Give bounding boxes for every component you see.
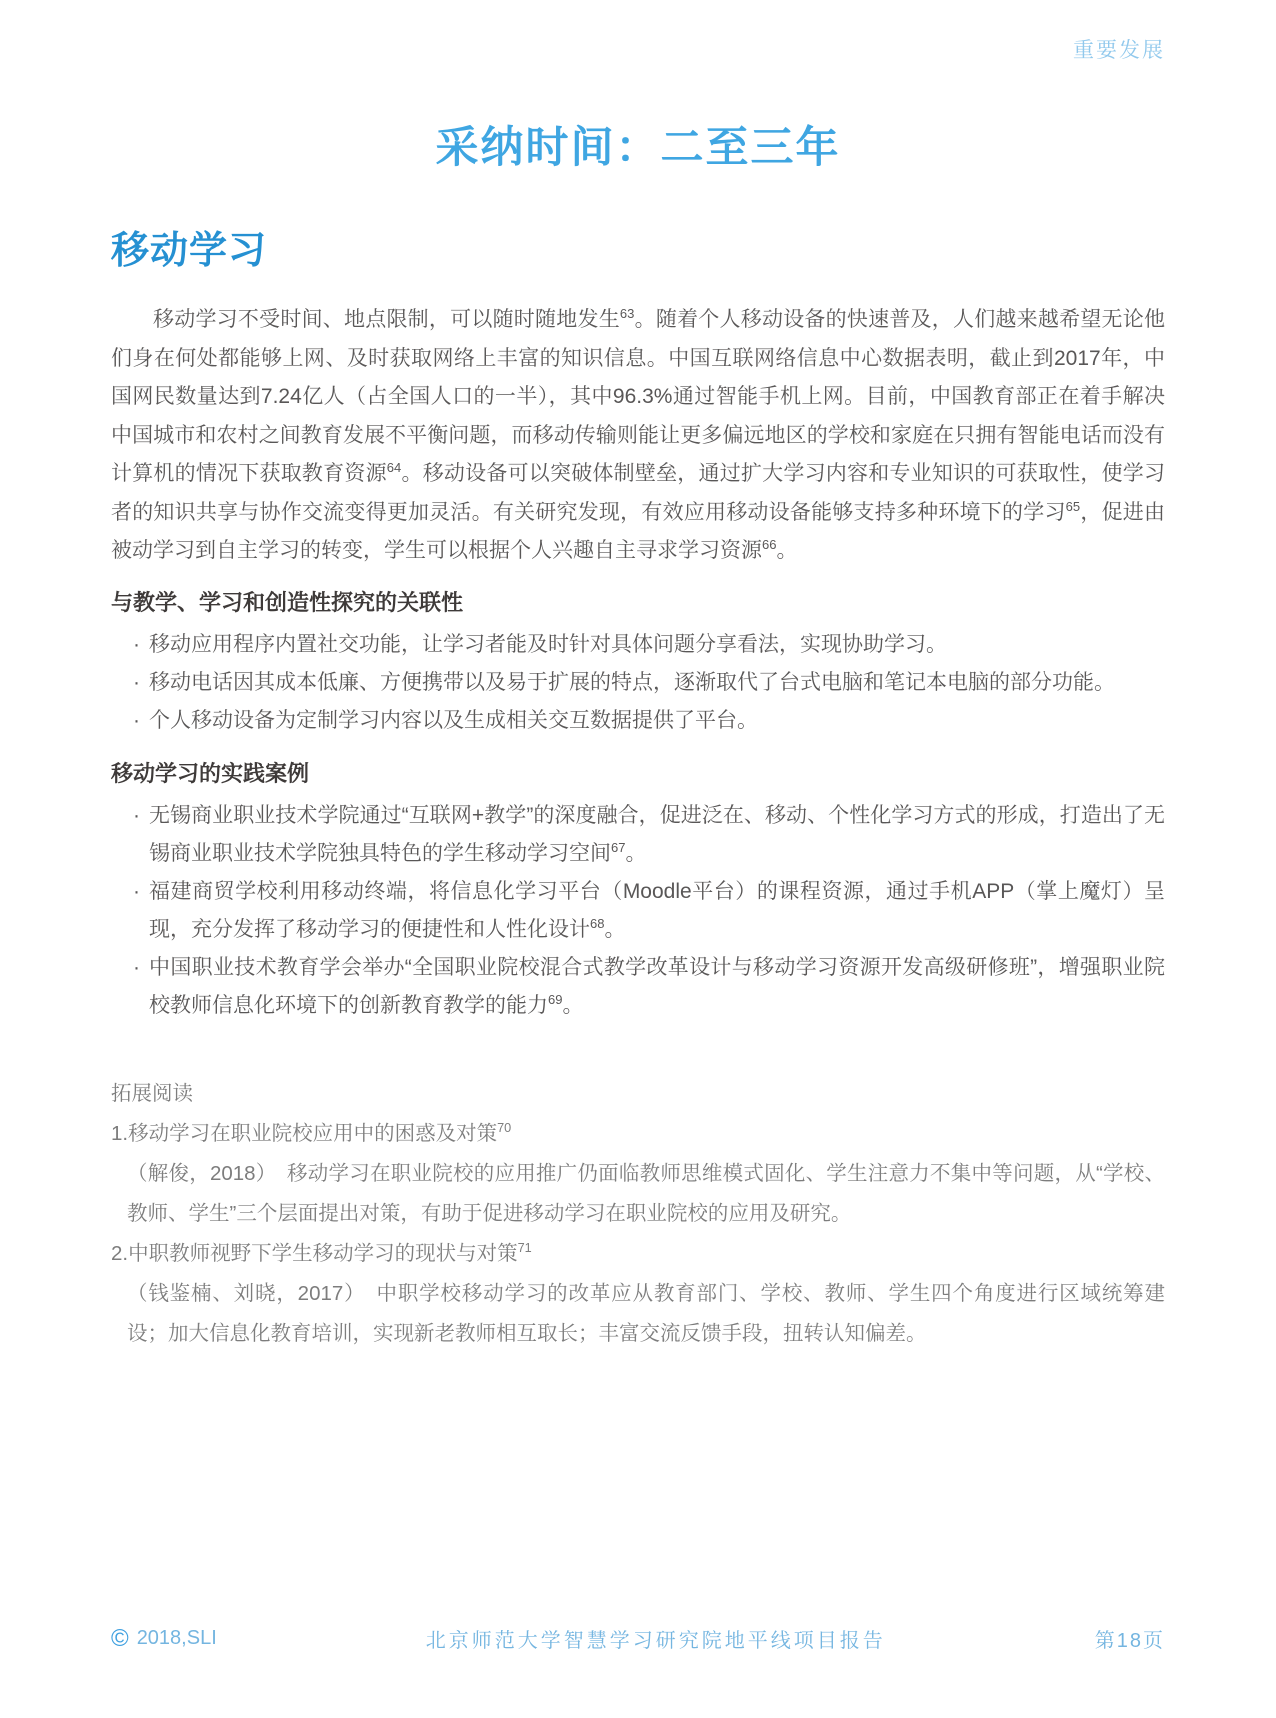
list-item-text: 移动电话因其成本低廉、方便携带以及易于扩展的特点，逐渐取代了台式电脑和笔记本电脑… — [149, 671, 1115, 694]
relevance-heading: 与教学、学习和创造性探究的关联性 — [111, 586, 1165, 620]
relevance-bullet-list: · 移动应用程序内置社交功能，让学习者能及时针对具体问题分享看法，实现协助学习。… — [111, 626, 1165, 740]
extended-reading-item: 2.中职教师视野下学生移动学习的现状与对策71 （钱鉴楠、刘晓，2017） 中职… — [111, 1234, 1165, 1354]
list-item-text: 中国职业技术教育学会举办“全国职业院校混合式教学改革设计与移动学习资源开发高级研… — [149, 956, 1165, 1017]
list-item-text: 移动应用程序内置社交功能，让学习者能及时针对具体问题分享看法，实现协助学习。 — [149, 633, 947, 656]
corner-label: 重要发展 — [111, 0, 1165, 64]
list-item: · 无锡商业职业技术学院通过“互联网+教学”的深度融合，促进泛在、移动、个性化学… — [111, 797, 1165, 873]
bullet-marker: · — [133, 626, 140, 664]
report-page: 重要发展 采纳时间：二至三年 移动学习 移动学习不受时间、地点限制，可以随时随地… — [0, 0, 1276, 1718]
list-item-text: 无锡商业职业技术学院通过“互联网+教学”的深度融合，促进泛在、移动、个性化学习方… — [149, 804, 1165, 865]
intro-paragraph: 移动学习不受时间、地点限制，可以随时随地发生63。随着个人移动设备的快速普及，人… — [111, 301, 1165, 571]
section-heading: 移动学习 — [111, 219, 1165, 274]
list-item: · 移动电话因其成本低廉、方便携带以及易于扩展的特点，逐渐取代了台式电脑和笔记本… — [111, 664, 1165, 702]
list-item: · 福建商贸学校利用移动终端，将信息化学习平台（Moodle平台）的课程资源，通… — [111, 873, 1165, 949]
extended-reading-section: 拓展阅读 1.移动学习在职业院校应用中的困惑及对策70 （解俊，2018） 移动… — [111, 1074, 1165, 1354]
footer-copyright-text: 2018,SLI — [137, 1627, 217, 1650]
extended-reading-item-title: 1.移动学习在职业院校应用中的困惑及对策70 — [111, 1114, 1165, 1154]
footer-copyright: © 2018,SLI — [111, 1627, 217, 1651]
extended-reading-item: 1.移动学习在职业院校应用中的困惑及对策70 （解俊，2018） 移动学习在职业… — [111, 1114, 1165, 1234]
bullet-marker: · — [133, 873, 140, 911]
bullet-marker: · — [133, 664, 140, 702]
copyright-icon: © — [111, 1627, 129, 1651]
practice-heading: 移动学习的实践案例 — [111, 757, 1165, 791]
list-item-text: 个人移动设备为定制学习内容以及生成相关交互数据提供了平台。 — [149, 709, 758, 732]
extended-reading-heading: 拓展阅读 — [111, 1074, 1165, 1114]
bullet-marker: · — [133, 797, 140, 835]
extended-reading-item-title: 2.中职教师视野下学生移动学习的现状与对策71 — [111, 1234, 1165, 1274]
page-footer: © 2018,SLI 北京师范大学智慧学习研究院地平线项目报告 第18页 — [111, 1624, 1165, 1653]
list-item: · 个人移动设备为定制学习内容以及生成相关交互数据提供了平台。 — [111, 702, 1165, 740]
page-title: 采纳时间：二至三年 — [111, 114, 1165, 175]
footer-report-title: 北京师范大学智慧学习研究院地平线项目报告 — [426, 1624, 886, 1653]
extended-reading-item-description: （解俊，2018） 移动学习在职业院校的应用推广仍面临教师思维模式固化、学生注意… — [111, 1154, 1165, 1234]
list-item: · 中国职业技术教育学会举办“全国职业院校混合式教学改革设计与移动学习资源开发高… — [111, 949, 1165, 1025]
practice-bullet-list: · 无锡商业职业技术学院通过“互联网+教学”的深度融合，促进泛在、移动、个性化学… — [111, 797, 1165, 1025]
footer-page-number: 第18页 — [1095, 1624, 1165, 1653]
bullet-marker: · — [133, 949, 140, 987]
extended-reading-item-description: （钱鉴楠、刘晓，2017） 中职学校移动学习的改革应从教育部门、学校、教师、学生… — [111, 1274, 1165, 1354]
list-item-text: 福建商贸学校利用移动终端，将信息化学习平台（Moodle平台）的课程资源，通过手… — [149, 880, 1165, 941]
bullet-marker: · — [133, 702, 140, 740]
list-item: · 移动应用程序内置社交功能，让学习者能及时针对具体问题分享看法，实现协助学习。 — [111, 626, 1165, 664]
